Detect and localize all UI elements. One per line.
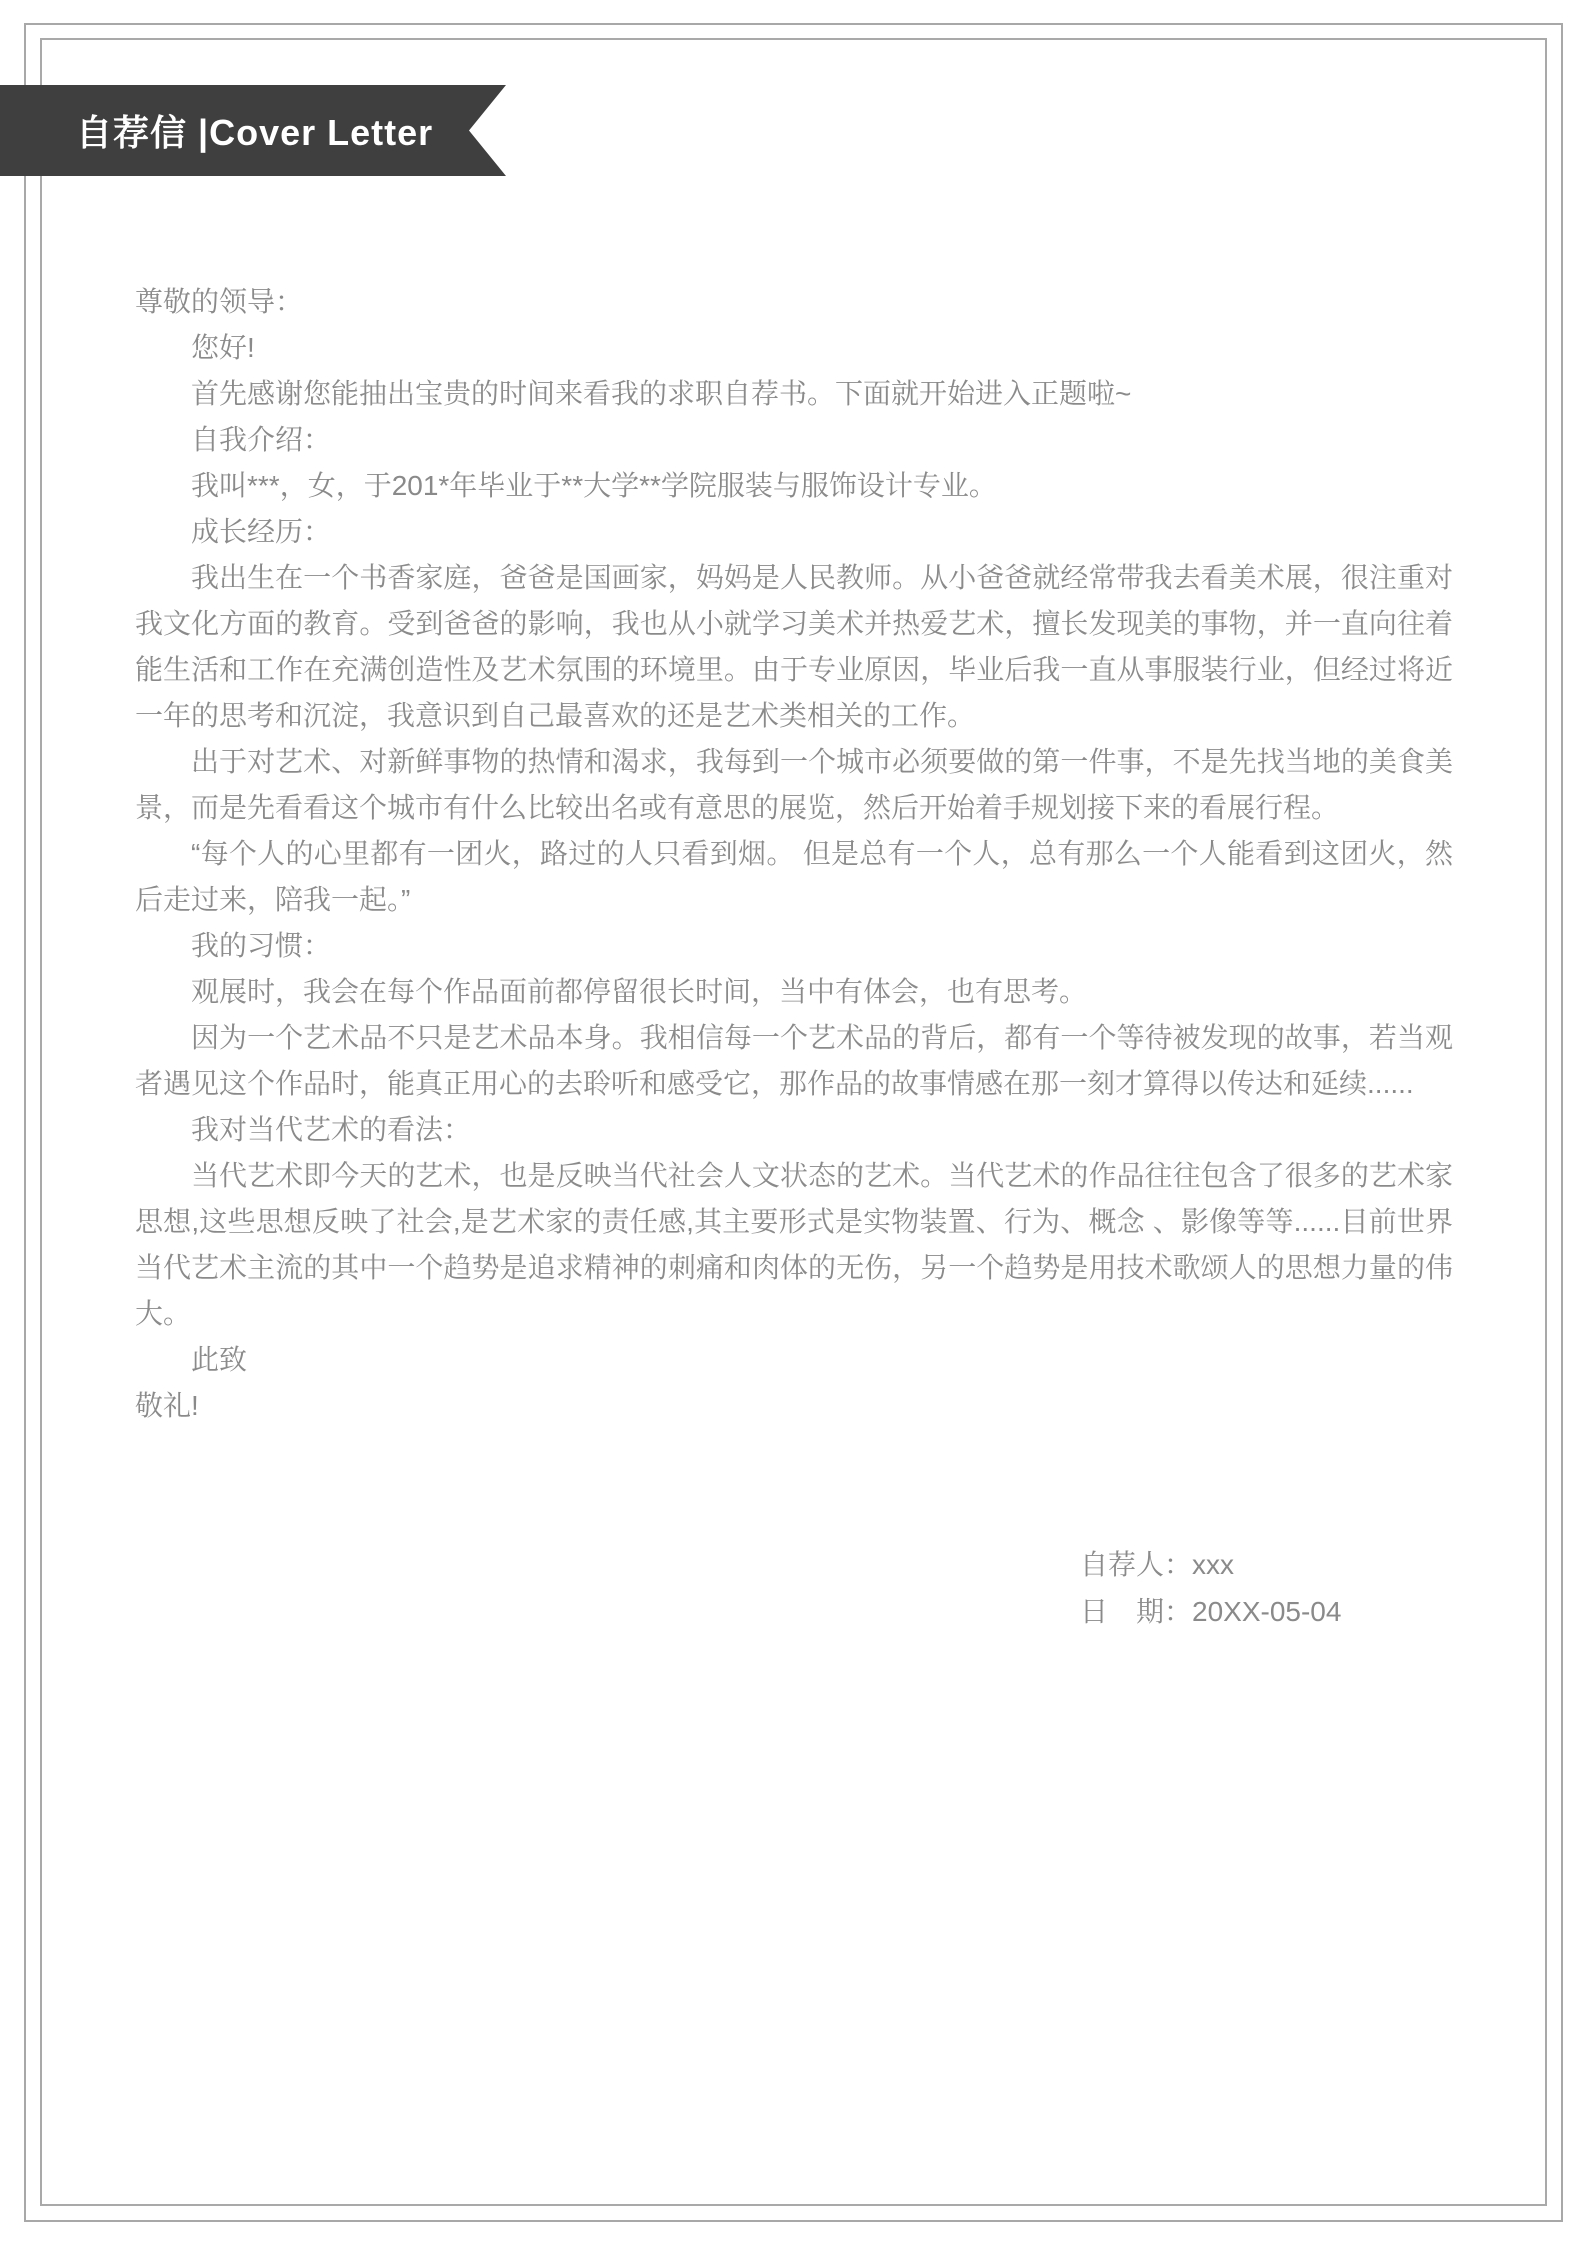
growth-paragraph: 我出生在一个书香家庭，爸爸是国画家，妈妈是人民教师。从小爸爸就经常带我去看美术展… bbox=[135, 555, 1453, 739]
letter-body: 尊敬的领导： 您好! 首先感谢您能抽出宝贵的时间来看我的求职自荐书。下面就开始进… bbox=[135, 279, 1453, 1429]
date-line: 日 期：20XX-05-04 bbox=[1080, 1588, 1341, 1635]
section-label-growth: 成长经历： bbox=[135, 509, 1453, 555]
artwork-story-paragraph: 因为一个艺术品不只是艺术品本身。我相信每一个艺术品的背后，都有一个等待被发现的故… bbox=[135, 1015, 1453, 1107]
self-intro-paragraph: 我叫***，女，于201*年毕业于**大学**学院服装与服饰设计专业。 bbox=[135, 463, 1453, 509]
greeting-line: 您好! bbox=[135, 325, 1453, 371]
section-label-self-intro: 自我介绍： bbox=[135, 417, 1453, 463]
signer-line: 自荐人：xxx bbox=[1080, 1541, 1341, 1588]
contemporary-art-paragraph: 当代艺术即今天的艺术，也是反映当代社会人文状态的艺术。当代艺术的作品往往包含了很… bbox=[135, 1153, 1453, 1337]
section-label-habit: 我的习惯： bbox=[135, 923, 1453, 969]
page-title: 自荐信 |Cover Letter bbox=[76, 105, 433, 156]
section-label-view: 我对当代艺术的看法： bbox=[135, 1107, 1453, 1153]
closing-jingli: 敬礼! bbox=[135, 1383, 1453, 1429]
title-ribbon: 自荐信 |Cover Letter bbox=[0, 85, 506, 176]
date-value: 20XX-05-04 bbox=[1192, 1596, 1341, 1627]
cover-letter-page: 自荐信 |Cover Letter 尊敬的领导： 您好! 首先感谢您能抽出宝贵的… bbox=[0, 0, 1587, 2245]
closing-cizhi: 此致 bbox=[135, 1337, 1453, 1383]
date-label: 日 期： bbox=[1080, 1596, 1192, 1627]
signature-block: 自荐人：xxx 日 期：20XX-05-04 bbox=[1080, 1541, 1341, 1635]
signer-label: 自荐人： bbox=[1080, 1549, 1192, 1580]
passion-paragraph: 出于对艺术、对新鲜事物的热情和渴求，我每到一个城市必须要做的第一件事，不是先找当… bbox=[135, 739, 1453, 831]
opening-paragraph: 首先感谢您能抽出宝贵的时间来看我的求职自荐书。下面就开始进入正题啦~ bbox=[135, 371, 1453, 417]
salutation: 尊敬的领导： bbox=[135, 279, 1453, 325]
signer-value: xxx bbox=[1192, 1549, 1234, 1580]
habit-paragraph: 观展时，我会在每个作品面前都停留很长时间，当中有体会，也有思考。 bbox=[135, 969, 1453, 1015]
quote-paragraph: “每个人的心里都有一团火，路过的人只看到烟。 但是总有一个人，总有那么一个人能看… bbox=[135, 831, 1453, 923]
